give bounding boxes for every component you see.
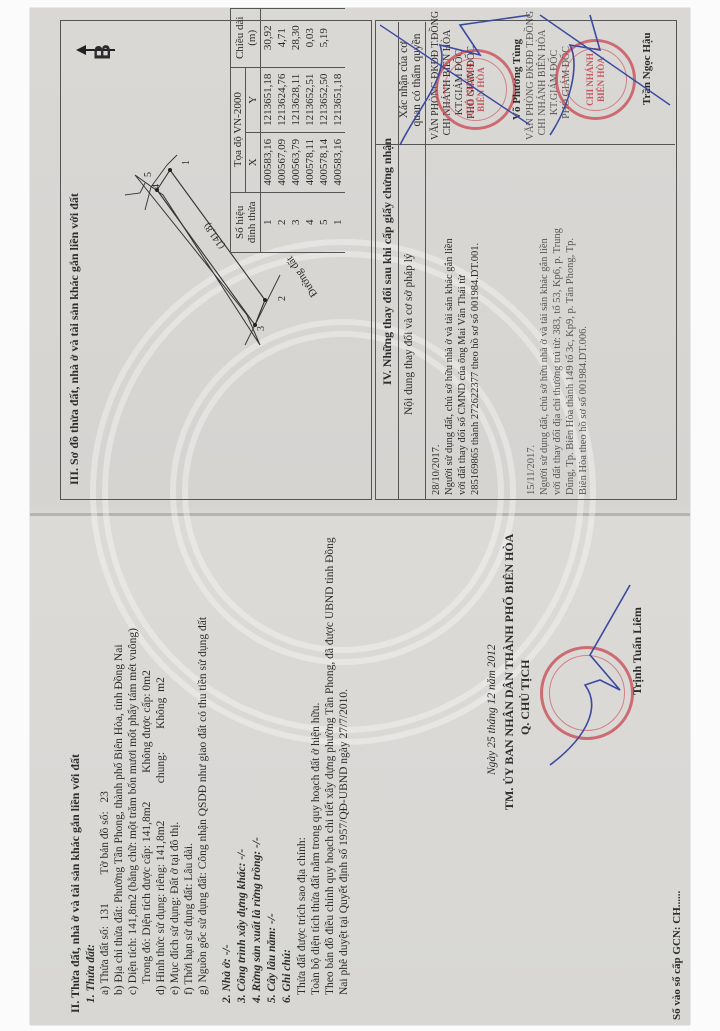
entry-1-line-1: Người sử dụng đất, chủ sở hữu nhà ở và t… — [443, 238, 456, 495]
cell-y: 1213652,50 — [317, 67, 331, 132]
registry-value: ...... — [671, 891, 683, 908]
entry-2-line-2: với đất thay đổi địa chỉ thường trú từ: … — [551, 228, 564, 495]
table-row: 4400578,111213652,510,03 — [303, 9, 317, 253]
entry-2-date: 15/11/2017. — [525, 228, 538, 495]
cell-y: 1213651,18 — [261, 67, 276, 132]
parcel-details: a) Thửa đất số: 131 Tờ bản đồ số: 23 b) … — [98, 617, 210, 995]
change-entry-2: 15/11/2017. Người sử dụng đất, chủ sở hữ… — [525, 228, 590, 495]
header-point: Số hiệu đỉnh thửa — [231, 192, 261, 252]
vertex-1-label: 1 — [180, 160, 194, 165]
table-row: 3400563,791213628,1128,30 — [289, 9, 303, 253]
note-line-3: Theo bản đồ điều chỉnh quy hoạch chi tiế… — [323, 537, 337, 995]
item-other-construction: 3. Công trình xây dựng khác: -/- — [235, 837, 250, 1003]
cell-point: 2 — [275, 192, 289, 252]
parcel-line-c: c) Diện tích: 141,8m2 (bằng chữ: một tră… — [126, 617, 140, 995]
vertex-2-label: 2 — [276, 296, 290, 301]
entry-1-line-3: 285169865 thành 272622377 theo hồ sơ số … — [469, 238, 482, 495]
cell-length: 0,03 — [303, 9, 317, 68]
cell-x: 400578,11 — [303, 132, 317, 192]
vertex-4-label: 4 — [150, 184, 164, 189]
cell-length — [331, 9, 345, 68]
cell-length: 30,92 — [261, 9, 276, 68]
section-iii-title: III. Sơ đồ thửa đất, nhà ở và tài sản kh… — [67, 193, 81, 485]
parcel-line-e: e) Mục đích sử dụng: Đất ở tại đô thị. — [168, 617, 182, 995]
note-line-1: Thửa đất được trích sao địa chính: — [295, 537, 309, 995]
coordinate-table: Số hiệu đỉnh thửa Tọa độ VN-2000 Chiều d… — [230, 8, 345, 253]
parcel-line-g: g) Nguồn gốc sử dụng đất: Công nhận QSDĐ… — [196, 617, 210, 995]
table-row: 2400567,091213624,764,71 — [275, 9, 289, 253]
header-y: Y — [246, 67, 261, 132]
cell-length: 4,71 — [275, 9, 289, 68]
table-row: 1400583,161213651,18 — [331, 9, 345, 253]
cell-length: 5,19 — [317, 9, 331, 68]
cell-y: 1213624,76 — [275, 67, 289, 132]
cell-point: 4 — [303, 192, 317, 252]
other-items: 2. Nhà ở: -/- 3. Công trình xây dựng khá… — [220, 837, 295, 1003]
notes-block: Thửa đất được trích sao địa chính: Toàn … — [295, 537, 351, 995]
section-iv-col1-header: Nội dung thay đổi và cơ sở pháp lý — [402, 253, 416, 415]
cell-y: 1213652,51 — [303, 67, 317, 132]
section-ii-title: II. Thửa đất, nhà ở và tài sản khác gắn … — [68, 754, 82, 1013]
issue-date: Ngày 25 tháng 12 năm 2012 — [485, 644, 499, 775]
item-notes-heading: 6. Ghi chú: — [280, 837, 295, 1003]
header-length: Chiều dài (m) — [231, 9, 261, 68]
table-row: 5400578,141213652,505,19 — [317, 9, 331, 253]
cell-point: 5 — [317, 192, 331, 252]
cell-x: 400583,16 — [261, 132, 276, 192]
parcel-line-b: b) Địa chỉ thửa đất: Phường Tân Phong, t… — [112, 617, 126, 995]
cell-point: 3 — [289, 192, 303, 252]
cell-point: 1 — [331, 192, 345, 252]
cell-x: 400583,16 — [331, 132, 345, 192]
registry-number: Số vào sổ cấp GCN: CH...... — [670, 891, 684, 1020]
parcel-line-a: a) Thửa đất số: 131 Tờ bản đồ số: 23 — [98, 617, 112, 995]
chairman-name: Trịnh Tuấn Liêm — [630, 607, 644, 695]
cell-y: 1213651,18 — [331, 67, 345, 132]
change-entry-1: 28/10/2017. Người sử dụng đất, chủ sở hữ… — [430, 238, 482, 495]
cell-length: 28,30 — [289, 9, 303, 68]
cell-point: 1 — [261, 192, 276, 252]
registry-label: Số vào sổ cấp GCN: CH — [671, 907, 683, 1020]
header-x: X — [246, 132, 261, 192]
vertex-3-label: 3 — [255, 326, 269, 331]
item-perennial: 5. Cây lâu năm: -/- — [265, 837, 280, 1003]
item-house: 2. Nhà ở: -/- — [220, 837, 235, 1003]
signatures-section-iv — [380, 8, 680, 165]
header-coordinates: Tọa độ VN-2000 — [231, 67, 246, 192]
vertex-5-label: 5 — [142, 172, 156, 177]
note-line-4: Nai phê duyệt tại Quyết định số 1957/QĐ-… — [337, 537, 351, 995]
cell-x: 400567,09 — [275, 132, 289, 192]
issuing-org: TM. ỦY BAN NHÂN DÂN THÀNH PHỐ BIÊN HÒA — [502, 534, 516, 810]
certificate-paper: II. Thửa đất, nhà ở và tài sản khác gắn … — [30, 8, 690, 1025]
note-line-2: Toàn bộ diện tích thửa đất nằm trong quy… — [309, 537, 323, 995]
item-forest: 4. Rừng sản xuất là rừng trồng: -/- — [250, 837, 265, 1003]
section-iv-title: IV. Những thay đổi sau khi cấp giấy chứn… — [380, 138, 394, 385]
north-label: B — [90, 44, 116, 60]
entry-1-line-2: với đất thay đổi số CMND của ông Mai Văn… — [456, 238, 469, 495]
cell-x: 400563,79 — [289, 132, 303, 192]
entry-2-line-1: Người sử dụng đất, chủ sở hữu nhà ở và t… — [538, 228, 551, 495]
center-fold — [30, 513, 690, 516]
cell-y: 1213628,11 — [289, 67, 303, 132]
cell-x: 400578,14 — [317, 132, 331, 192]
entry-1-date: 28/10/2017. — [430, 238, 443, 495]
table-row: 1400583,161213651,1830,92 — [261, 9, 276, 253]
entry-2-line-4: Biên Hòa theo hồ sơ số 001984.DT.006. — [577, 228, 590, 495]
parcel-line-c2: Trong đó: Diện tích được cấp: 141,8m2 Kh… — [140, 617, 154, 995]
parcel-heading: 1. Thửa đất: — [84, 944, 98, 1003]
entry-2-line-3: Dũng, Tp. Biên Hòa thành 149 tổ 3c, Kp9,… — [564, 228, 577, 495]
parcel-line-f: f) Thời hạn sử dụng đất: Lâu dài. — [182, 617, 196, 995]
parcel-line-d: d) Hình thức sử dụng: riêng: 141,8m2 chu… — [154, 617, 168, 995]
